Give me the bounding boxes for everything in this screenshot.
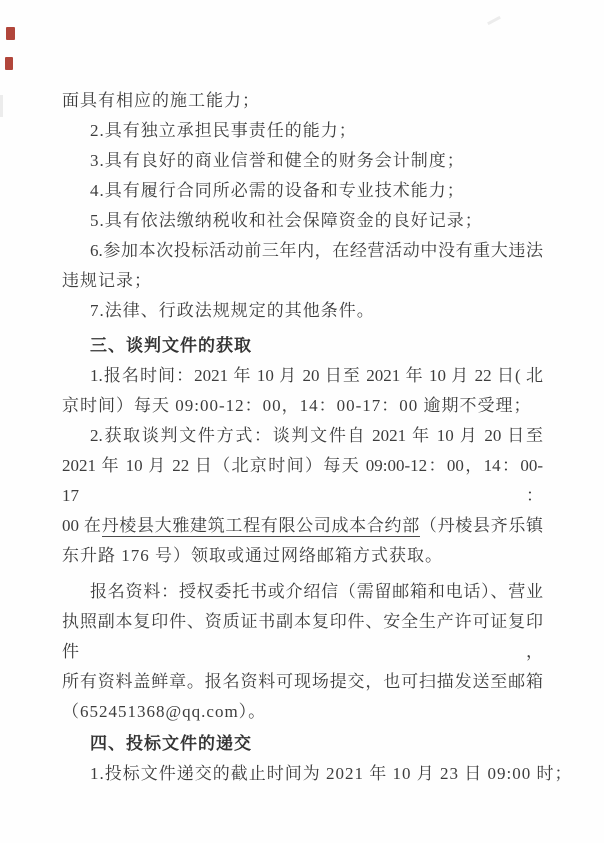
- condition-item-4: 4.具有履行合同所必需的设备和专业技术能力；: [62, 176, 543, 206]
- submission-deadline-line: 1.投标文件递交的截止时间为 2021 年 10 月 23 日 09:00 时；: [62, 759, 543, 789]
- condition-item-5: 5.具有依法缴纳税收和社会保障资金的良好记录；: [62, 206, 543, 236]
- document-body: 面具有相应的施工能力； 2.具有独立承担民事责任的能力； 3.具有良好的商业信誉…: [62, 86, 543, 789]
- obtain-method-prefix: 00 在: [62, 516, 102, 535]
- condition-item-7: 7.法律、行政法规规定的其他条件。: [62, 296, 543, 326]
- scan-smudge: [0, 95, 3, 117]
- obtain-method-line-4: 东升路 176 号）领取或通过网络邮箱方式获取。: [62, 541, 543, 571]
- condition-item-6-line-1: 6.参加本次投标活动前三年内，在经营活动中没有重大违法: [62, 236, 543, 266]
- registration-time-line-1: 1.报名时间：2021 年 10 月 20 日至 2021 年 10 月 22 …: [62, 361, 543, 391]
- section-heading-4: 四、投标文件的递交: [62, 729, 543, 759]
- red-scan-mark-bottom: [5, 57, 13, 70]
- scan-smudge: [487, 16, 501, 25]
- materials-email-line: （652451368@qq.com）。: [62, 697, 543, 727]
- section-heading-3: 三、谈判文件的获取: [62, 331, 543, 361]
- obtain-method-line-2: 2021 年 10 月 22 日（北京时间）每天 09:00-12：00，14：…: [62, 451, 543, 511]
- registration-time-line-2: 京时间）每天 09:00-12：00，14：00-17：00 逾期不受理；: [62, 391, 543, 421]
- scanned-document-page: 面具有相应的施工能力； 2.具有独立承担民事责任的能力； 3.具有良好的商业信誉…: [0, 0, 604, 843]
- materials-line-1: 报名资料：授权委托书或介绍信（需留邮箱和电话）、营业: [62, 577, 543, 607]
- line-capability-continuation: 面具有相应的施工能力；: [62, 86, 543, 116]
- materials-line-2: 执照副本复印件、资质证书副本复印件、安全生产许可证复印件，: [62, 607, 543, 667]
- company-address-start: （丹棱县齐乐镇: [420, 516, 543, 535]
- condition-item-3: 3.具有良好的商业信誉和健全的财务会计制度；: [62, 146, 543, 176]
- materials-line-3: 所有资料盖鲜章。报名资料可现场提交，也可扫描发送至邮箱: [62, 667, 543, 697]
- company-name-underlined: 丹棱县大雅建筑工程有限公司成本合约部: [102, 516, 420, 537]
- red-scan-mark-top: [6, 27, 15, 40]
- obtain-method-line-3: 00 在丹棱县大雅建筑工程有限公司成本合约部（丹棱县齐乐镇: [62, 511, 543, 541]
- condition-item-6-line-2: 违规记录；: [62, 266, 543, 296]
- condition-item-2: 2.具有独立承担民事责任的能力；: [62, 116, 543, 146]
- obtain-method-line-1: 2.获取谈判文件方式：谈判文件自 2021 年 10 月 20 日至: [62, 421, 543, 451]
